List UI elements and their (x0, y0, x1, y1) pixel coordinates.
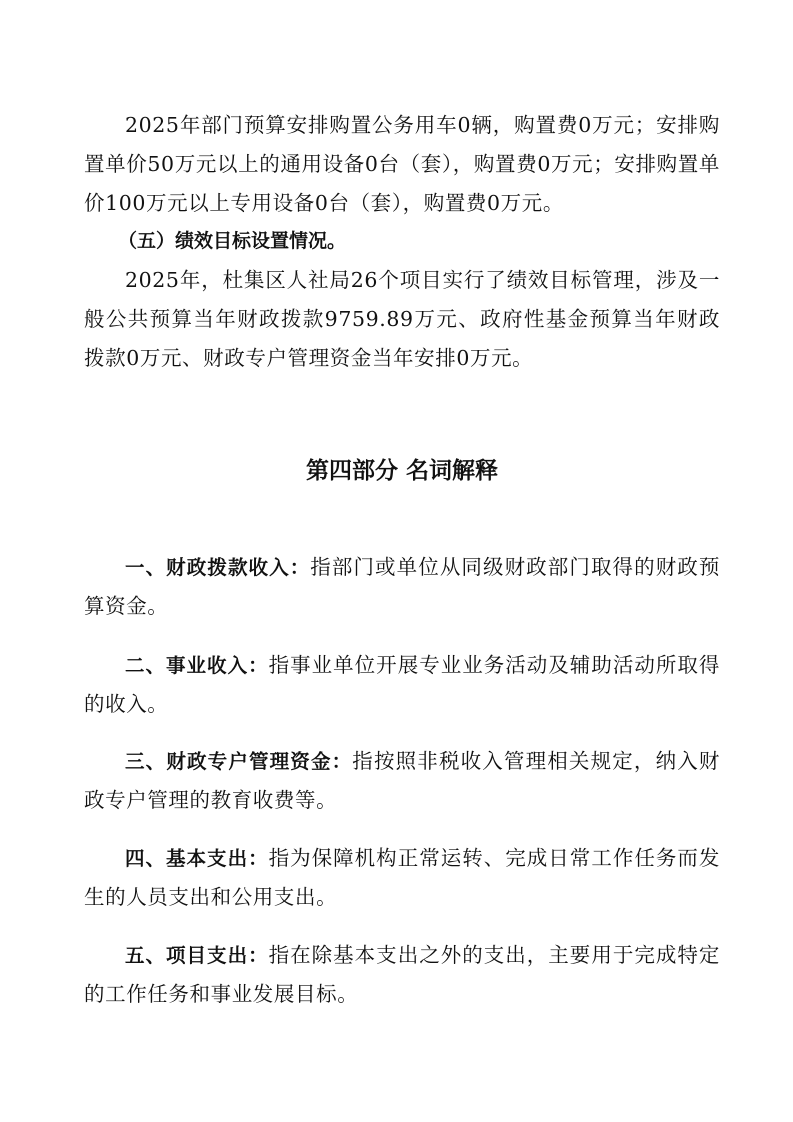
term-business-income: 二、事业收入：指事业单位开展专业业务活动及辅助活动所取得的收入。 (84, 646, 720, 724)
performance-target-heading: （五）绩效目标设置情况。 (84, 222, 720, 261)
vehicle-equipment-paragraph: 2025年部门预算安排购置公务用车0辆，购置费0万元；安排购置单价50万元以上的… (84, 106, 720, 223)
term-label: 三、财政专户管理资金： (125, 750, 352, 773)
term-project-expenditure: 五、项目支出：指在除基本支出之外的支出，主要用于完成特定的工作任务和事业发展目标… (84, 936, 720, 1014)
term-label: 二、事业收入： (125, 654, 269, 677)
term-label: 五、项目支出： (125, 944, 269, 967)
term-label: 一、财政拨款收入： (125, 556, 310, 579)
part-four-title: 第四部分 名词解释 (84, 453, 720, 489)
term-label: 四、基本支出： (125, 847, 269, 870)
term-special-account-funds: 三、财政专户管理资金：指按照非税收入管理相关规定，纳入财政专户管理的教育收费等。 (84, 742, 720, 820)
term-fiscal-appropriation-income: 一、财政拨款收入：指部门或单位从同级财政部门取得的财政预算资金。 (84, 548, 720, 626)
term-basic-expenditure: 四、基本支出：指为保障机构正常运转、完成日常工作任务而发生的人员支出和公用支出。 (84, 839, 720, 917)
vehicle-equipment-section: 2025年部门预算安排购置公务用车0辆，购置费0万元；安排购置单价50万元以上的… (84, 106, 720, 223)
performance-target-section: （五）绩效目标设置情况。 2025年，杜集区人社局26个项目实行了绩效目标管理，… (84, 222, 720, 378)
performance-target-paragraph: 2025年，杜集区人社局26个项目实行了绩效目标管理，涉及一般公共预算当年财政拨… (84, 261, 720, 378)
